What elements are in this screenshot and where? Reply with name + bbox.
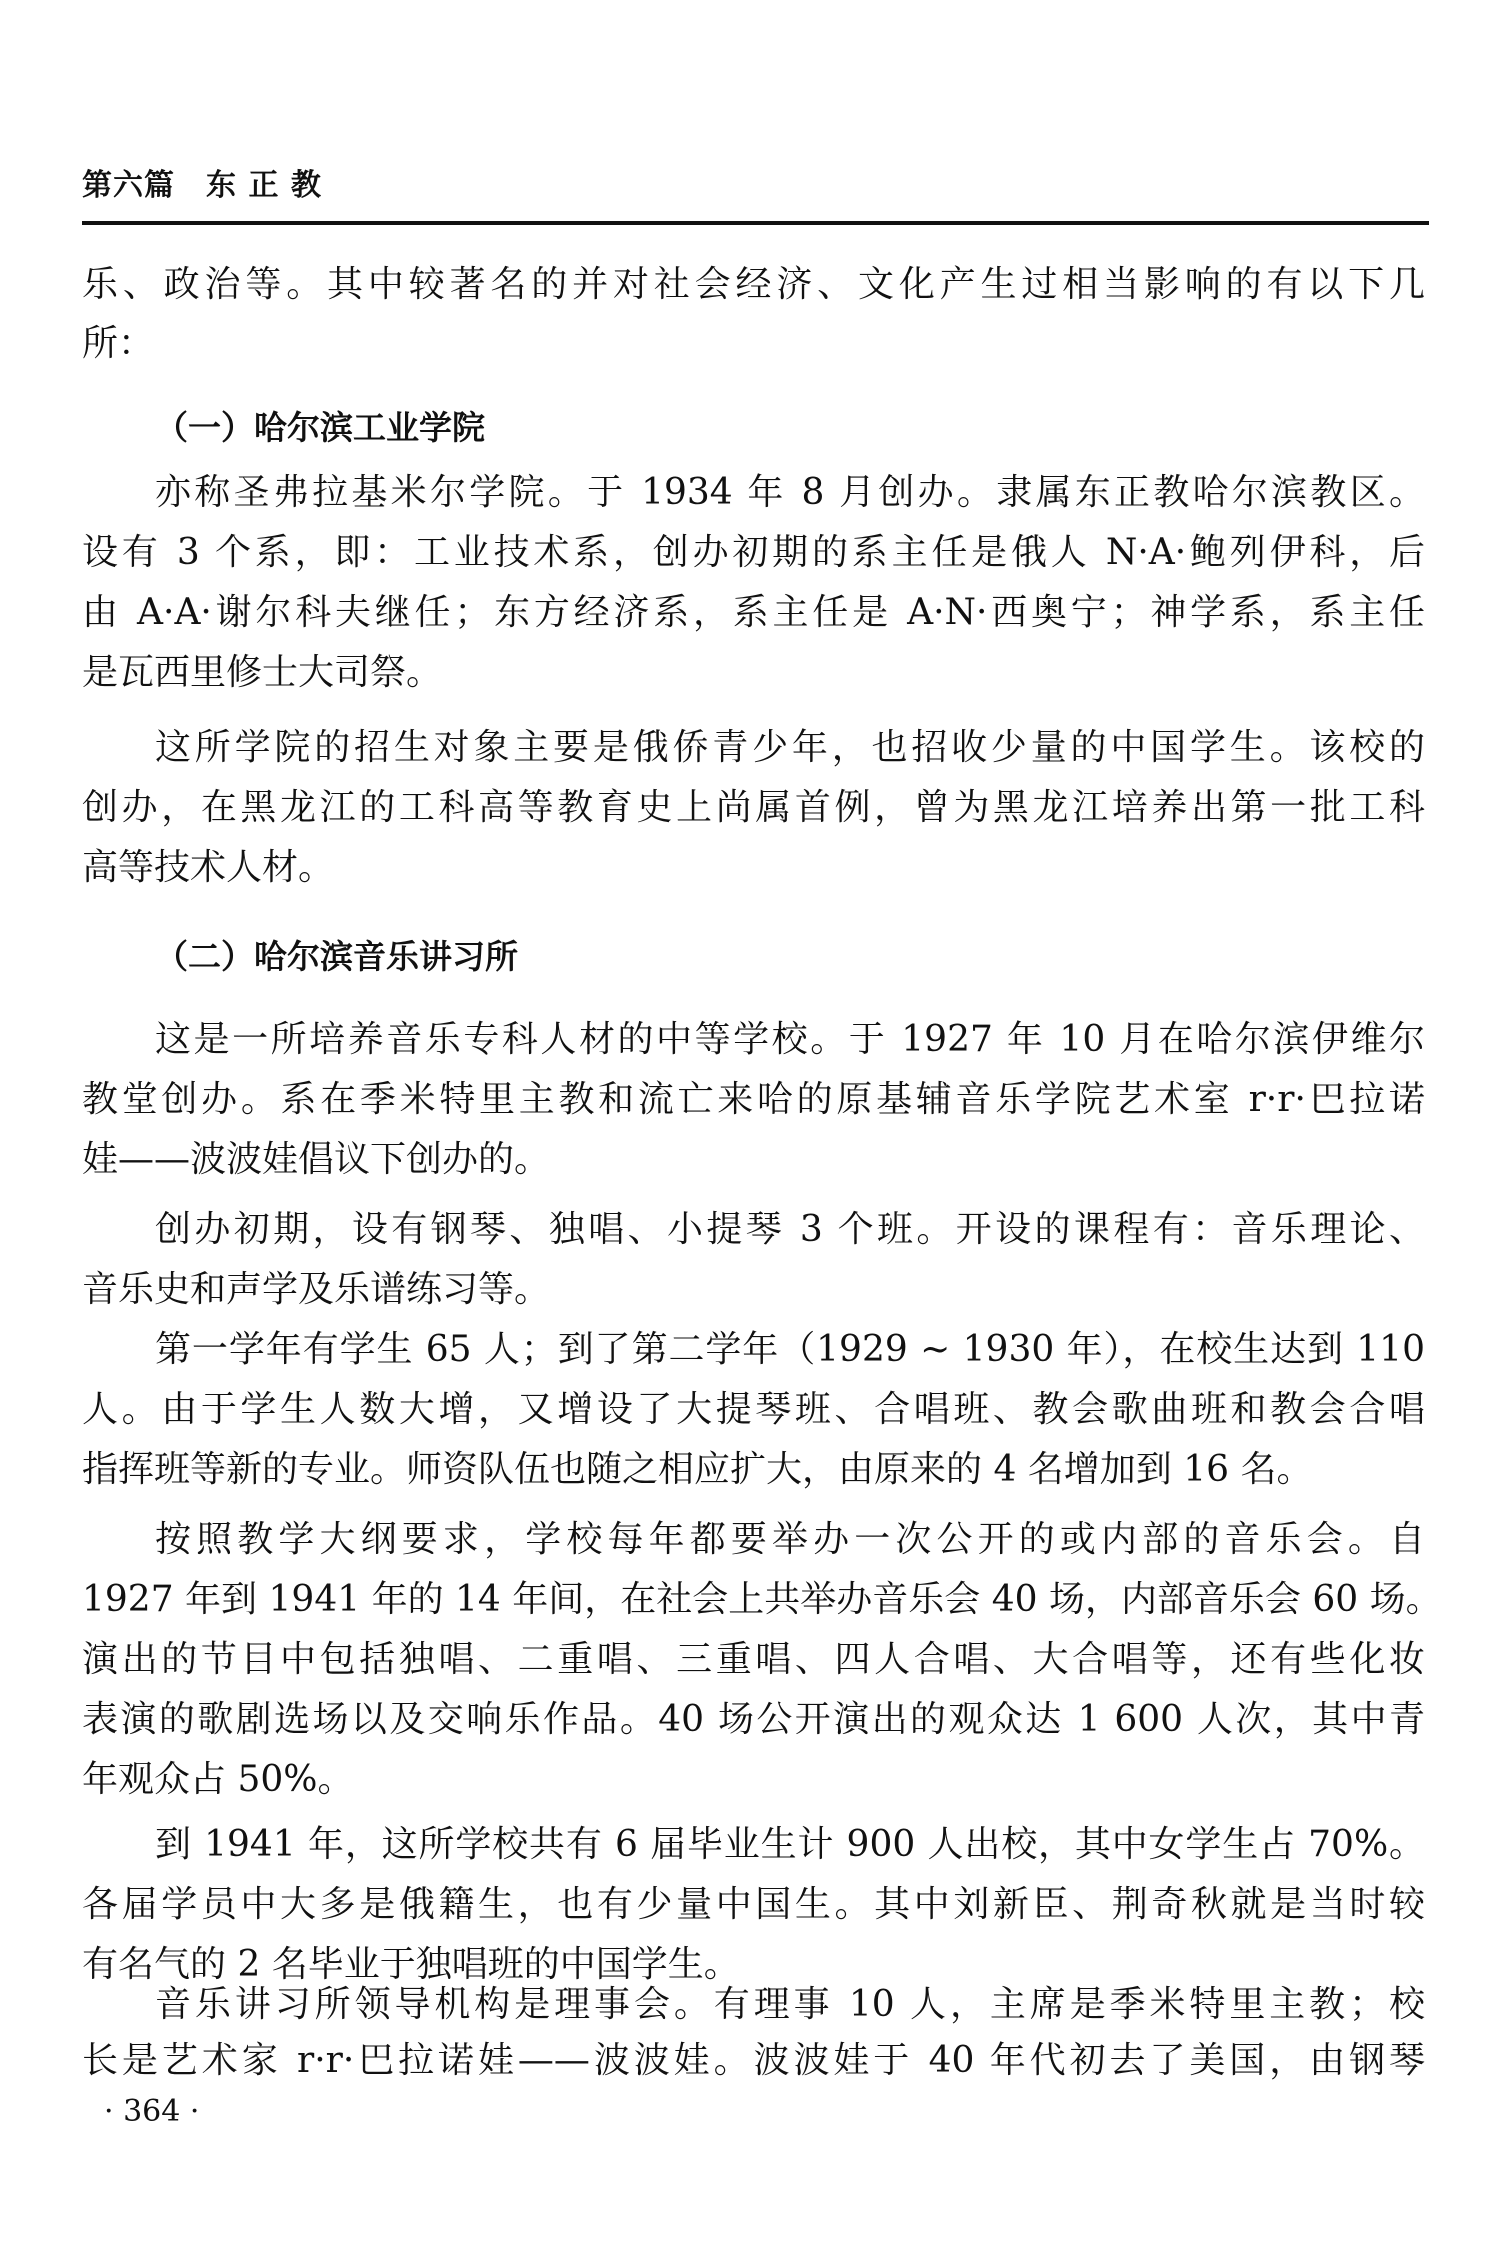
body-line: 教堂创办。系在季米特里主教和流亡来哈的原基辅音乐学院艺术室 r·r·巴拉诺 [82,1078,1425,1122]
running-head: 第六篇 东 正 教 [82,160,322,204]
body-line: 各届学员中大多是俄籍生，也有少量中国生。其中刘新臣、荆奇秋就是当时较 [82,1883,1425,1927]
body-line: 演出的节目中包括独唱、二重唱、三重唱、四人合唱、大合唱等，还有些化妆 [82,1638,1425,1682]
page-number: · 364 · [104,2092,199,2132]
book-page: 第六篇 东 正 教 乐、政治等。其中较著名的并对社会经济、文化产生过相当影响的有… [0,0,1500,2264]
body-line: 娃——波波娃倡议下创办的。 [82,1138,1425,1182]
body-line: 高等技术人材。 [82,846,1425,890]
body-line: 指挥班等新的专业。师资队伍也随之相应扩大，由原来的 4 名增加到 16 名。 [82,1448,1425,1492]
body-line: 是瓦西里修士大司祭。 [82,651,1425,695]
body-line: 由 A·A·谢尔科夫继任；东方经济系，系主任是 A·N·西奥宁；神学系，系主任 [82,591,1425,635]
section-heading: （二）哈尔滨音乐讲习所 [155,935,518,979]
body-line: 这是一所培养音乐专科人材的中等学校。于 1927 年 10 月在哈尔滨伊维尔 [155,1018,1425,1062]
body-line: 创办初期，设有钢琴、独唱、小提琴 3 个班。开设的课程有：音乐理论、 [155,1208,1425,1252]
body-line: 按照教学大纲要求，学校每年都要举办一次公开的或内部的音乐会。自 [155,1518,1425,1562]
body-line: 所： [82,322,1425,366]
body-line: 长是艺术家 r·r·巴拉诺娃——波波娃。波波娃于 40 年代初去了美国，由钢琴 [82,2039,1425,2083]
body-line: 第一学年有学生 65 人；到了第二学年（1929 ~ 1930 年），在校生达到… [155,1328,1425,1372]
body-line: 有名气的 2 名毕业于独唱班的中国学生。 [82,1943,1425,1987]
body-line: 设有 3 个系，即：工业技术系，创办初期的系主任是俄人 N·A·鲍列伊科，后 [82,531,1425,575]
body-line: 1927 年到 1941 年的 14 年间，在社会上共举办音乐会 40 场，内部… [82,1578,1425,1622]
body-line: 这所学院的招生对象主要是俄侨青少年，也招收少量的中国学生。该校的 [155,726,1425,770]
body-line: 音乐史和声学及乐谱练习等。 [82,1268,1425,1312]
body-line: 乐、政治等。其中较著名的并对社会经济、文化产生过相当影响的有以下几 [82,263,1425,307]
body-line: 亦称圣弗拉基米尔学院。于 1934 年 8 月创办。隶属东正教哈尔滨教区。 [155,471,1425,515]
body-line: 表演的歌剧选场以及交响乐作品。40 场公开演出的观众达 1 600 人次，其中青 [82,1698,1425,1742]
body-line: 音乐讲习所领导机构是理事会。有理事 10 人，主席是季米特里主教；校 [155,1983,1425,2027]
header-rule [82,221,1429,225]
body-line: 创办，在黑龙江的工科高等教育史上尚属首例，曾为黑龙江培养出第一批工科 [82,786,1425,830]
body-line: 年观众占 50%。 [82,1758,1425,1802]
body-line: 人。由于学生人数大增，又增设了大提琴班、合唱班、教会歌曲班和教会合唱 [82,1388,1425,1432]
section-heading: （一）哈尔滨工业学院 [155,406,485,450]
body-line: 到 1941 年，这所学校共有 6 届毕业生计 900 人出校，其中女学生占 7… [155,1823,1425,1867]
